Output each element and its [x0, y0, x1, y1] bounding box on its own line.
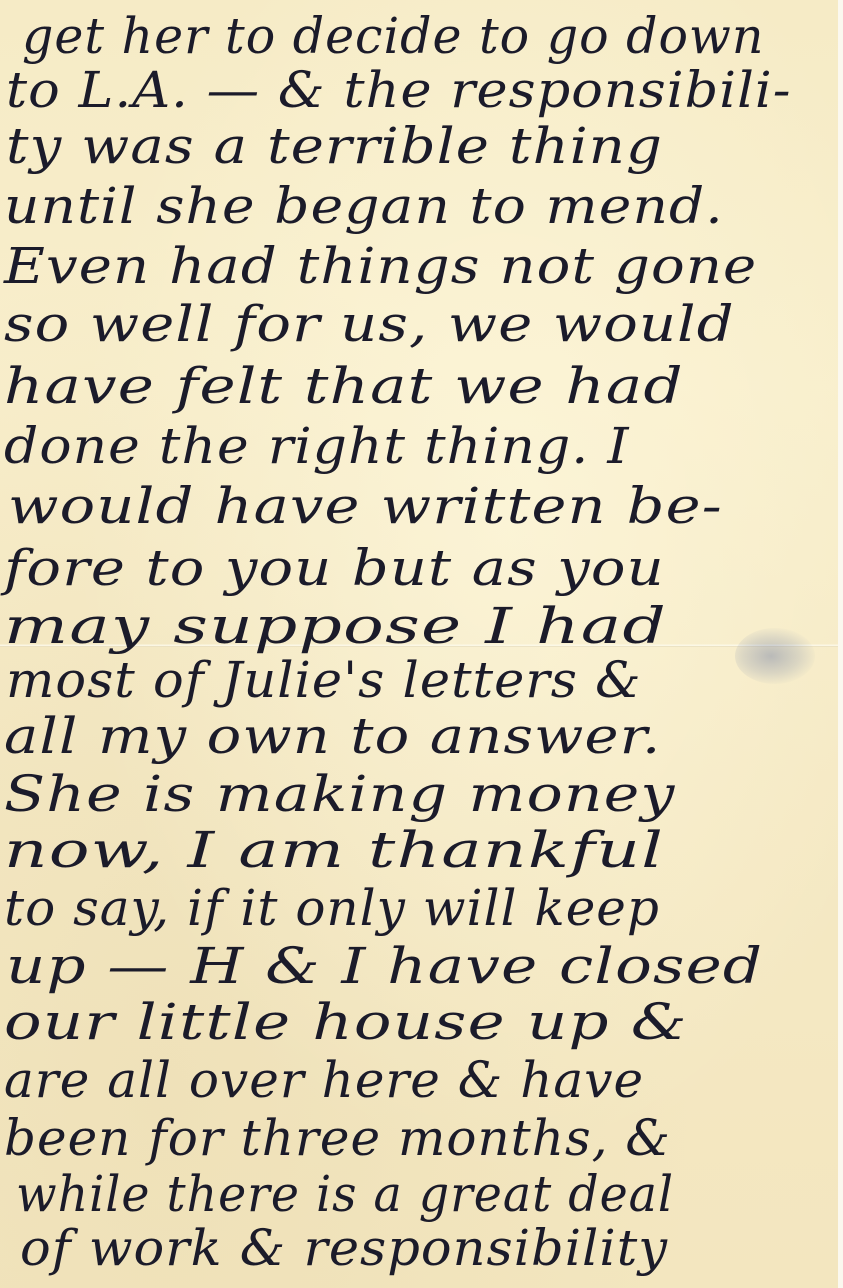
letter-line-1: get her to decide to go down [22, 8, 764, 64]
letter-line-19: are all over here & have [4, 1052, 644, 1108]
letter-line-17: up — H & I have closed [6, 938, 763, 994]
letter-line-22: of work & responsibility [20, 1220, 668, 1276]
letter-line-20: been for three months, & [4, 1110, 671, 1166]
letter-line-21: while there is a great deal [16, 1166, 674, 1222]
letter-line-16: to say, if it only will keep [4, 880, 660, 936]
letter-line-11: may suppose I had [4, 598, 667, 654]
letter-line-9: would have written be- [8, 478, 723, 534]
letter-line-8: done the right thing. I [4, 418, 630, 474]
letter-line-4: until she began to mend. [4, 178, 724, 234]
scan-edge [838, 0, 843, 1288]
letter-line-2: to L.A. — & the responsibili- [6, 62, 792, 118]
letter-line-18: our little house up & [4, 994, 688, 1050]
letter-line-14: She is making money [4, 766, 676, 822]
letter-line-5: Even had things not gone [4, 238, 757, 294]
letter-line-12: most of Julie's letters & [6, 652, 642, 708]
letter-line-13: all my own to answer. [4, 708, 661, 764]
letter-line-6: so well for us, we would [4, 296, 735, 352]
letter-line-7: have felt that we had [4, 358, 684, 414]
letter-page: get her to decide to go down to L.A. — &… [0, 0, 838, 1288]
letter-line-10: fore to you but as you [4, 540, 665, 596]
ink-blot [735, 628, 815, 684]
letter-line-3: ty was a terrible thing [6, 118, 663, 174]
letter-line-15: now, I am thankful [4, 822, 664, 878]
